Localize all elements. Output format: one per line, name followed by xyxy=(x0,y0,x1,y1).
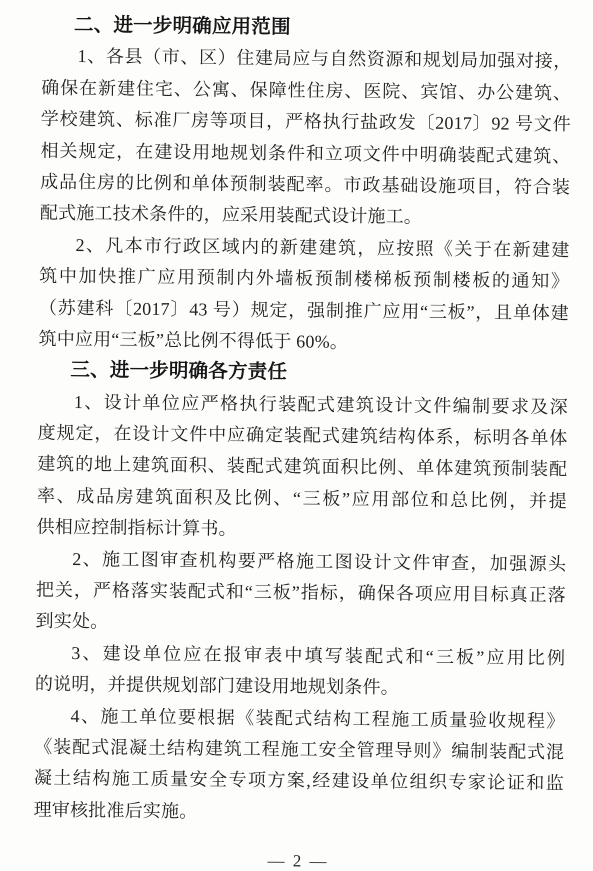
body-line: 理审核批准后实施。 xyxy=(33,794,563,831)
text-content: 二、进一步明确应用范围 1、各县（市、区）住建局应与自然资源和规划局加强对接， … xyxy=(33,10,572,832)
document-page: 二、进一步明确应用范围 1、各县（市、区）住建局应与自然资源和规划局加强对接， … xyxy=(0,0,593,871)
body-line: 学校建筑、标准厂房等项目，严格执行盐政发〔2017〕92 号文件 xyxy=(41,104,571,141)
body-line: 1、各县（市、区）住建局应与自然资源和规划局加强对接， xyxy=(41,41,571,78)
body-line: 供相应控制指标计算书。 xyxy=(36,512,566,549)
body-line: 筑中加快推广应用预制内外墙板预制楼梯板预制楼板的通知》 xyxy=(39,261,569,298)
body-line: 把关，严格落实装配式和“三板”指标，确保各项应用目标真正落 xyxy=(36,575,566,612)
body-line: 配式施工技术条件的，应采用装配式设计施工。 xyxy=(40,198,570,235)
page-number: — 2 — xyxy=(33,849,563,871)
body-line: 的说明，并提供规划部门建设用地规划条件。 xyxy=(35,669,565,706)
section-heading-3: 三、进一步明确各方责任 xyxy=(38,355,568,392)
body-line: 凝土结构施工质量安全专项方案,经建设单位组织专家论证和监 xyxy=(34,763,564,800)
